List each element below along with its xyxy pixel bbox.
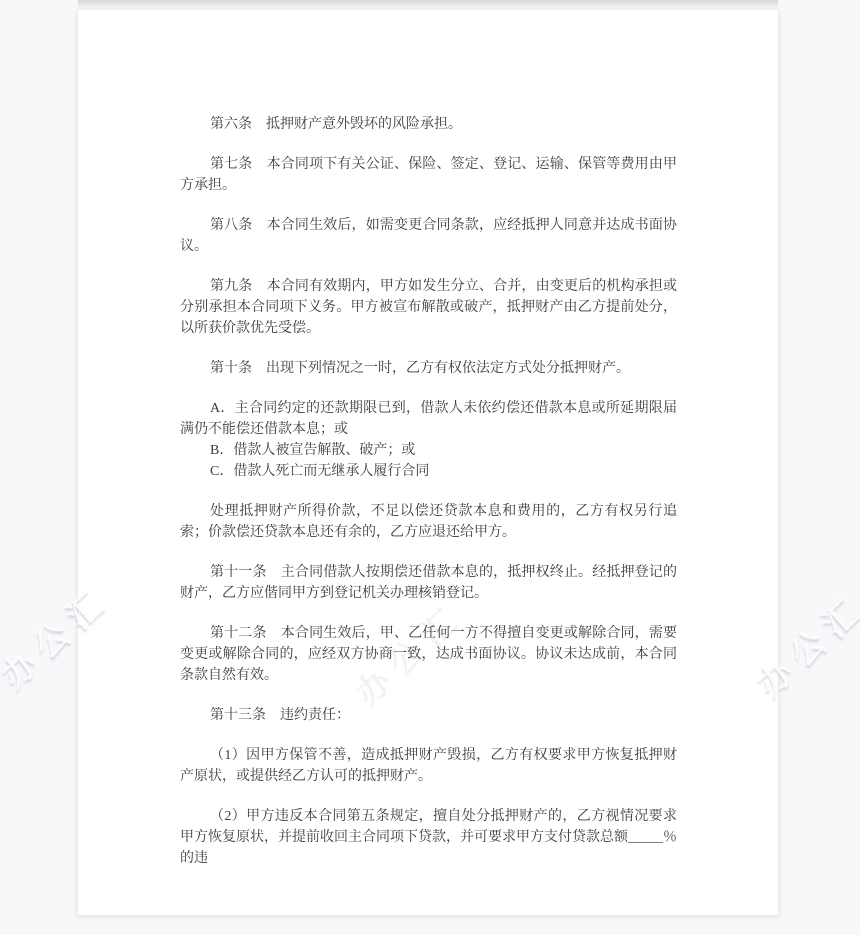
paragraph-item-b: B．借款人被宣告解散、破产；或 (180, 440, 677, 461)
paragraph-article-12: 第十二条 本合同生效后，甲、乙任何一方不得擅自变更或解除合同，需要变更或解除合同… (180, 623, 677, 686)
paragraph-disposal: 处理抵押财产所得价款，不足以偿还贷款本息和费用的，乙方有权另行追索；价款偿还贷款… (180, 501, 677, 543)
paragraph-article-11: 第十一条 主合同借款人按期偿还借款本息的，抵押权终止。经抵押登记的财产，乙方应偕… (180, 562, 677, 604)
paragraph-article-13: 第十三条 违约责任： (180, 705, 677, 726)
paragraph-article-6: 第六条 抵押财产意外毁坏的风险承担。 (180, 114, 677, 135)
previous-page-shadow (78, 0, 778, 9)
document-page: 办公汇 第六条 抵押财产意外毁坏的风险承担。第七条 本合同项下有关公证、保险、签… (78, 10, 778, 915)
paragraph-article-7: 第七条 本合同项下有关公证、保险、签定、登记、运输、保管等费用由甲方承担。 (180, 154, 677, 196)
paragraph-article-9: 第九条 本合同有效期内，甲方如发生分立、合并，由变更后的机构承担或分别承担本合同… (180, 276, 677, 339)
paragraph-item-a: A．主合同约定的还款期限已到，借款人未依约偿还借款本息或所延期限届满仍不能偿还借… (180, 398, 677, 440)
paragraph-breach-1: （1）因甲方保管不善，造成抵押财产毁损，乙方有权要求甲方恢复抵押财产原状，或提供… (180, 745, 677, 787)
paragraph-article-8: 第八条 本合同生效后，如需变更合同条款，应经抵押人同意并达成书面协议。 (180, 215, 677, 257)
paragraph-article-10: 第十条 出现下列情况之一时，乙方有权依法定方式处分抵押财产。 (180, 358, 677, 379)
paragraph-item-c: C．借款人死亡而无继承人履行合同 (180, 461, 677, 482)
contract-body: 第六条 抵押财产意外毁坏的风险承担。第七条 本合同项下有关公证、保险、签定、登记… (180, 114, 677, 869)
paragraph-breach-2: （2）甲方违反本合同第五条规定，擅自处分抵押财产的，乙方视情况要求甲方恢复原状，… (180, 806, 677, 869)
document-viewer[interactable]: 办公汇 办公汇 办公汇 第六条 抵押财产意外毁坏的风险承担。第七条 本合同项下有… (0, 0, 860, 935)
